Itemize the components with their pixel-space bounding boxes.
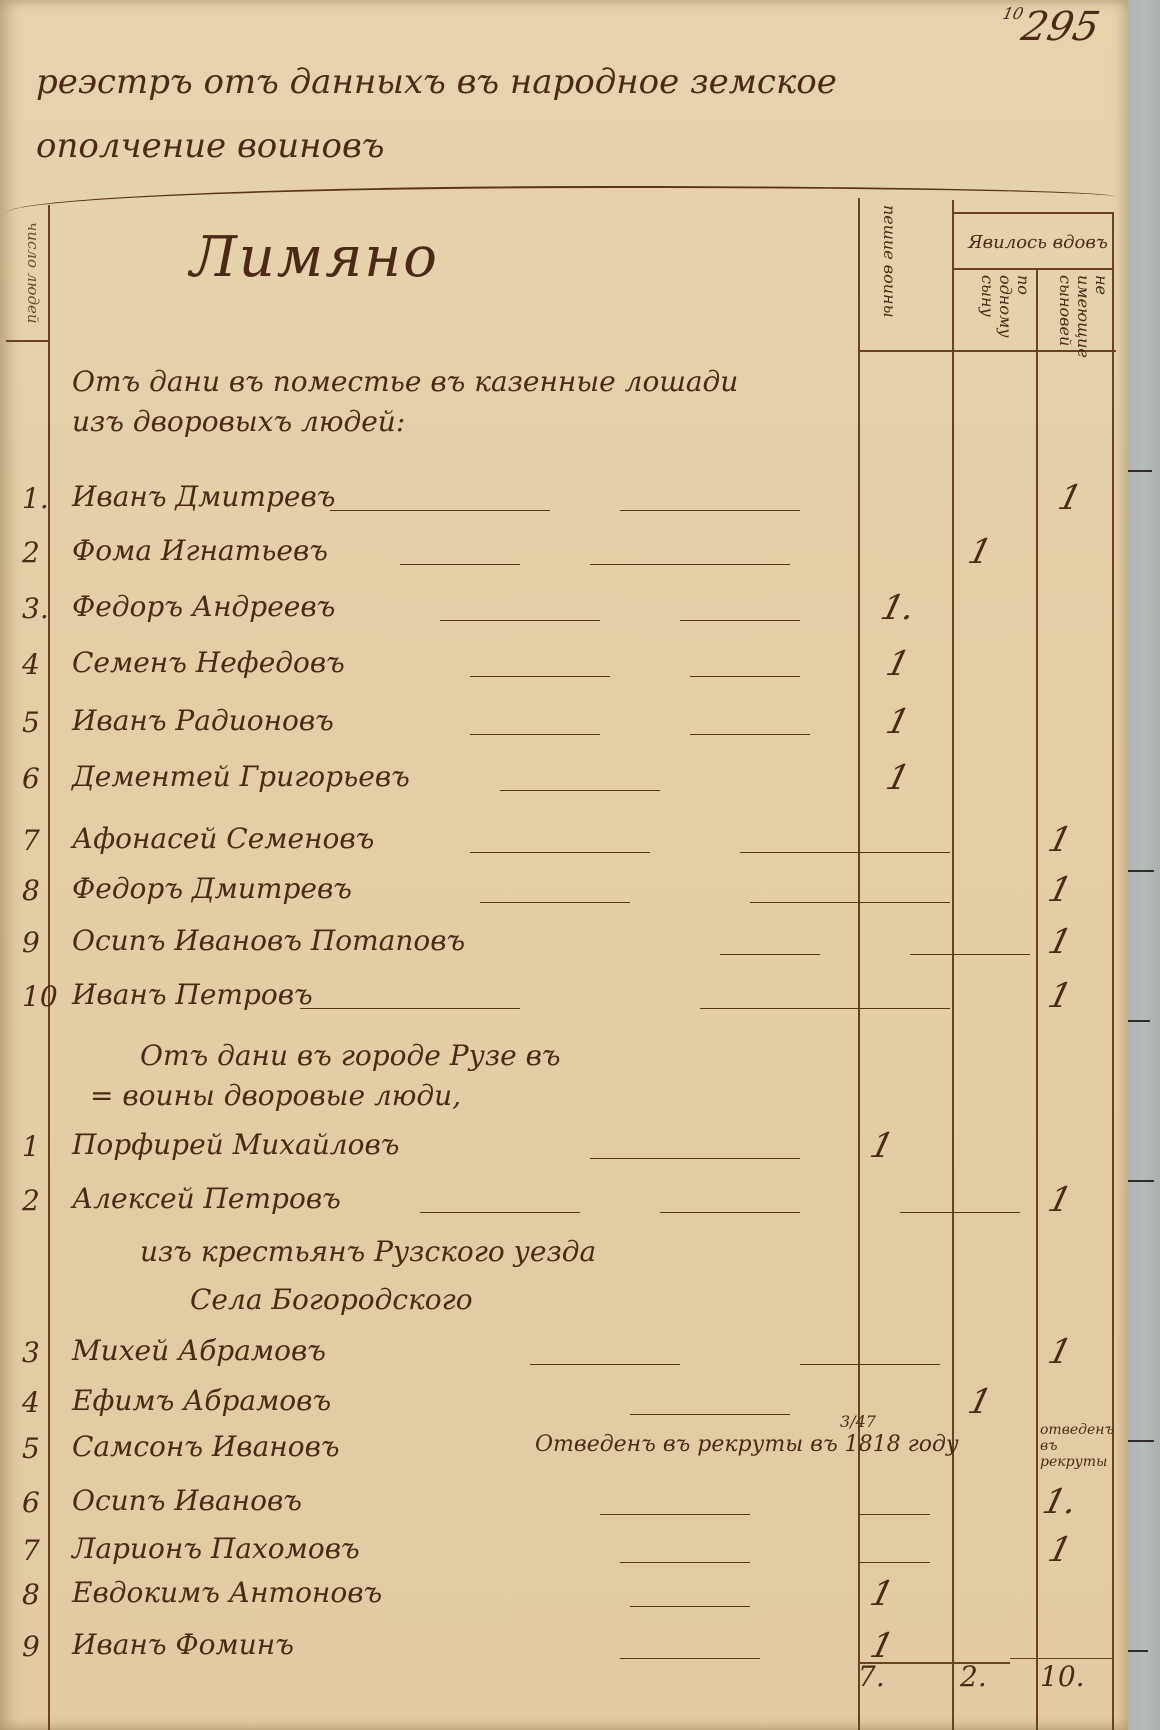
table-row: 2 Алексей Петровъ 1	[0, 1178, 1120, 1234]
row-number: 10	[22, 980, 52, 1013]
group-header-rule	[952, 268, 1114, 270]
table-row: 3 Михей Абрамовъ 1	[0, 1330, 1120, 1386]
table-row: 5 Иванъ Радионовъ 1	[0, 700, 1120, 756]
fill-line	[800, 1364, 940, 1365]
section-heading: Отъ дани въ поместье въ казенные лошади …	[72, 362, 738, 442]
section-heading: изъ крестьянъ Рузского уезда Села Богоро…	[140, 1232, 596, 1320]
value-no-sons: 1	[1035, 478, 1105, 518]
table-row: 3. Федоръ Андреевъ 1.	[0, 586, 1120, 642]
section-heading-line-2: изъ дворовыхъ людей:	[72, 402, 738, 442]
person-name: Евдокимъ Антоновъ	[72, 1576, 382, 1609]
value-foot-soldier: 1	[847, 1126, 917, 1166]
person-name: Самсонъ Ивановъ	[72, 1430, 340, 1463]
register-title: реэстръ отъ данныхъ въ народное земское …	[36, 50, 1036, 178]
row-number: 4	[22, 1386, 52, 1419]
fill-line	[660, 1212, 800, 1213]
table-row: 5 Самсонъ Ивановъ Отведенъ въ рекруты въ…	[0, 1426, 1120, 1482]
header-top-rule	[952, 212, 1114, 214]
row-number: 1.	[22, 482, 52, 515]
fill-line	[470, 676, 610, 677]
person-name: Ларионъ Пахомовъ	[72, 1532, 360, 1565]
row-number: 5	[22, 1432, 52, 1465]
table-row: 8 Федоръ Дмитревъ 1	[0, 868, 1120, 924]
fill-line	[690, 676, 800, 677]
value-one-son: 1	[945, 1382, 1015, 1422]
total-foot-soldiers: 7.	[858, 1660, 885, 1693]
fill-line	[300, 1008, 520, 1009]
row-number: 7	[22, 1534, 52, 1567]
row-number: 1	[22, 1130, 52, 1163]
section-heading-line-1: Отъ дани въ поместье въ казенные лошади	[72, 362, 738, 402]
fill-line	[500, 790, 660, 791]
row-number: 3.	[22, 592, 52, 625]
person-name: Осипъ Ивановъ	[72, 1484, 302, 1517]
fill-line	[470, 852, 650, 853]
table-row: 1 Порфирей Михайловъ 1	[0, 1124, 1120, 1180]
fill-line	[680, 620, 800, 621]
adjacent-page-mark	[1126, 1650, 1148, 1652]
adjacent-page-mark	[1124, 870, 1154, 872]
person-name: Иванъ Радионовъ	[72, 704, 334, 737]
fill-line	[720, 954, 820, 955]
value-no-sons: 1	[1025, 1180, 1095, 1220]
row-number: 6	[22, 1486, 52, 1519]
person-name: Осипъ Ивановъ Потаповъ	[72, 924, 465, 957]
fill-line	[400, 564, 520, 565]
table-row: 4 Семенъ Нефедовъ 1	[0, 642, 1120, 698]
row-number: 2	[22, 536, 52, 569]
row-number: 3	[22, 1336, 52, 1369]
value-no-sons: 1	[1025, 976, 1095, 1016]
fill-line	[620, 510, 800, 511]
row-number: 4	[22, 648, 52, 681]
fill-line	[910, 954, 1030, 955]
number-header-bottom-rule	[6, 340, 48, 342]
header-rule	[6, 186, 1116, 216]
recruit-column-note: отведенъ въ рекруты	[1040, 1422, 1110, 1470]
fill-line	[330, 510, 550, 511]
section-heading-line-2: = воины дворовые люди,	[90, 1076, 561, 1116]
fill-line	[700, 1008, 950, 1009]
value-no-sons: 1	[1025, 820, 1095, 860]
number-column-header: число людей	[14, 222, 42, 332]
title-line-2: ополчение воиновъ	[36, 114, 1036, 178]
table-row: 7 Афонасей Семеновъ 1	[0, 818, 1120, 874]
fill-line	[590, 564, 790, 565]
recruit-note: Отведенъ въ рекруты въ 1818 году	[535, 1432, 959, 1457]
section-heading-line-2: Села Богородского	[190, 1280, 596, 1320]
fill-line	[530, 1364, 680, 1365]
person-name: Иванъ Петровъ	[72, 978, 313, 1011]
fill-line	[630, 1414, 790, 1415]
value-foot-soldier: 1	[863, 758, 933, 798]
person-name: Иванъ Фоминъ	[72, 1628, 294, 1661]
table-row: 2 Фома Игнатьевъ 1	[0, 530, 1120, 586]
fill-line	[740, 852, 950, 853]
value-foot-soldier: 1	[847, 1574, 917, 1614]
value-no-sons: 1	[1025, 1530, 1095, 1570]
fill-line	[900, 1212, 1020, 1213]
value-foot-soldier: 1.	[863, 588, 933, 628]
margin-note: 3/47	[840, 1412, 876, 1431]
register-page: 10295 реэстръ отъ данныхъ въ народное зе…	[0, 0, 1128, 1730]
person-name: Дементей Григорьевъ	[72, 760, 410, 793]
person-name: Алексей Петровъ	[72, 1182, 341, 1215]
fill-line	[470, 734, 600, 735]
person-name: Ефимъ Абрамовъ	[72, 1384, 331, 1417]
fill-line	[750, 902, 950, 903]
person-name: Иванъ Дмитревъ	[72, 480, 335, 513]
table-row: 10 Иванъ Петровъ 1	[0, 974, 1120, 1030]
table-row: 9 Иванъ Фоминъ 1	[0, 1624, 1120, 1680]
total-one-son: 2.	[960, 1660, 987, 1693]
person-name: Порфирей Михайловъ	[72, 1128, 399, 1161]
group-header: Явилось вдовъ	[958, 232, 1118, 253]
value-no-sons: 1	[1025, 1332, 1095, 1372]
folio-value: 295	[1017, 4, 1103, 50]
table-row: 9 Осипъ Ивановъ Потаповъ 1	[0, 920, 1120, 976]
adjacent-page-mark	[1126, 1180, 1154, 1182]
value-no-sons: 1.	[1025, 1482, 1095, 1522]
person-name: Федоръ Андреевъ	[72, 590, 335, 623]
value-foot-soldier: 1	[863, 644, 933, 684]
person-name: Михей Абрамовъ	[72, 1334, 326, 1367]
value-one-son: 1	[945, 532, 1015, 572]
folio-number: 10295	[995, 4, 1103, 50]
row-number: 8	[22, 874, 52, 907]
adjacent-page-mark	[1126, 470, 1152, 472]
person-name: Семенъ Нефедовъ	[72, 646, 345, 679]
row-number: 7	[22, 824, 52, 857]
title-line-1: реэстръ отъ данныхъ въ народное земское	[36, 50, 1036, 114]
fill-line	[440, 620, 600, 621]
table-row: 8 Евдокимъ Антоновъ 1	[0, 1572, 1120, 1628]
adjacent-page-mark	[1124, 1440, 1154, 1442]
fill-line	[600, 1514, 750, 1515]
total-no-sons: 10.	[1040, 1660, 1085, 1693]
col3-header: не имеющие сыновей	[1056, 275, 1110, 347]
value-foot-soldier: 1	[863, 702, 933, 742]
fill-line	[630, 1606, 750, 1607]
row-number: 9	[22, 926, 52, 959]
adjacent-page-mark	[1126, 1020, 1150, 1022]
person-name: Федоръ Дмитревъ	[72, 872, 352, 905]
col2-header: по одному сыну	[978, 275, 1032, 347]
folio-prefix: 10	[1001, 4, 1025, 23]
fill-line	[590, 1158, 800, 1159]
section-heading-line-1: Отъ дани въ городе Рузе въ	[140, 1036, 561, 1076]
person-name: Фома Игнатьевъ	[72, 534, 328, 567]
row-number: 6	[22, 762, 52, 795]
table-row: 1. Иванъ Дмитревъ 1	[0, 476, 1120, 532]
section-heading: Отъ дани въ городе Рузе въ = воины дворо…	[140, 1036, 561, 1116]
col1-header: пешие воины	[880, 205, 898, 345]
fill-line	[420, 1212, 580, 1213]
row-number: 8	[22, 1578, 52, 1611]
row-number: 9	[22, 1630, 52, 1663]
person-name: Афонасей Семеновъ	[72, 822, 374, 855]
locality-heading: Лимяно	[190, 225, 439, 290]
fill-line	[690, 734, 810, 735]
row-number: 5	[22, 706, 52, 739]
fill-line	[480, 902, 630, 903]
row-number: 2	[22, 1184, 52, 1217]
fill-line	[860, 1514, 930, 1515]
table-row: 6 Дементей Григорьевъ 1	[0, 756, 1120, 812]
value-no-sons: 1	[1025, 922, 1095, 962]
section-heading-line-1: изъ крестьянъ Рузского уезда	[140, 1232, 596, 1272]
fill-line	[860, 1562, 930, 1563]
fill-line	[620, 1562, 750, 1563]
fill-line	[620, 1658, 760, 1659]
value-no-sons: 1	[1025, 870, 1095, 910]
